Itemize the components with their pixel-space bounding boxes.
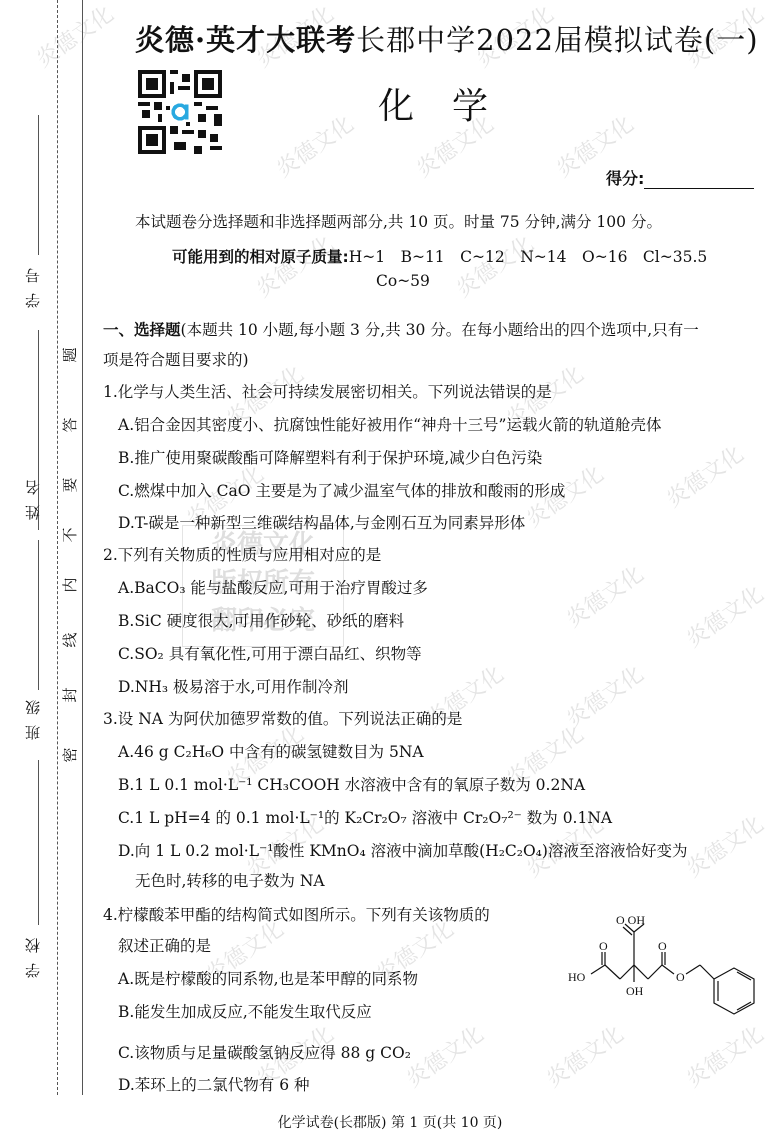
student-id-blank[interactable] (38, 115, 39, 255)
exam-title: 炎德·英才大联考长郡中学2022届模拟试卷(一) (135, 18, 759, 59)
school-blank[interactable] (38, 760, 39, 925)
margin-line (82, 0, 83, 1095)
svg-text:O: O (676, 970, 685, 984)
watermark: 炎德文化 (559, 558, 649, 634)
watermark: 炎德文化 (679, 578, 769, 654)
seal-char: 不 (60, 510, 80, 560)
seal-char: 答 (60, 400, 80, 450)
student-id-label: 学号 (22, 258, 43, 308)
option: B.1 L 0.1 mol·L⁻¹ CH₃COOH 水溶液中含有的氧原子数为 0… (118, 773, 585, 795)
binding-margin: 学号 姓名 班级 学校 密 封 线 内 不 要 答 题 (0, 0, 110, 1148)
subject-title: 化学 (378, 78, 526, 129)
option: C.该物质与足量碳酸氢钠反应得 88 g CO₂ (118, 1041, 411, 1063)
dotted-cut-line (57, 0, 58, 1095)
option: B.SiC 硬度很大,可用作砂轮、砂纸的磨料 (118, 609, 404, 631)
question-stem: 2.下列有关物质的性质与应用相对应的是 (103, 543, 381, 565)
seal-char: 要 (60, 460, 80, 510)
name-label: 姓名 (22, 470, 43, 520)
school-label: 学校 (22, 928, 43, 978)
option: D.T-碳是一种新型三维碳结构晶体,与金刚石互为同素异形体 (118, 511, 525, 533)
watermark: 炎德文化 (659, 438, 749, 514)
exam-instructions: 本试题卷分选择题和非选择题两部分,共 10 页。时量 75 分钟,满分 100 … (135, 210, 662, 232)
question-stem: 3.设 NA 为阿伏加德罗常数的值。下列说法正确的是 (103, 707, 462, 729)
score-blank[interactable] (644, 172, 754, 189)
option: C.燃煤中加入 CaO 主要是为了减少温室气体的排放和酸雨的形成 (118, 479, 565, 501)
structure-diagram: O OH O HO OH O O (558, 902, 768, 1032)
watermark: 炎德文化 (559, 658, 649, 734)
svg-text:HO: HO (568, 970, 586, 984)
atomic-masses-cont: Co~59 (376, 272, 430, 290)
option: D.NH₃ 极易溶于水,可用作制冷剂 (118, 675, 348, 697)
class-label: 班级 (22, 690, 43, 740)
option-cont: 无色时,转移的电子数为 NA (135, 869, 325, 891)
watermark: 炎德文化 (679, 808, 769, 884)
option: B.能发生加成反应,不能发生取代反应 (118, 1000, 372, 1022)
watermark: 炎德文化 (269, 108, 359, 184)
option: D.向 1 L 0.2 mol·L⁻¹酸性 KMnO₄ 溶液中滴加草酸(H₂C₂… (118, 839, 687, 861)
option: B.推广使用聚碳酸酯可降解塑料有利于保护环境,减少白色污染 (118, 446, 542, 468)
question-stem: 4.柠檬酸苯甲酯的结构简式如图所示。下列有关该物质的 (103, 903, 490, 925)
page-footer: 化学试卷(长郡版) 第 1 页(共 10 页) (0, 1112, 780, 1132)
section-desc: 项是符合题目要求的) (103, 348, 249, 370)
qr-code-icon[interactable] (138, 70, 222, 154)
section-heading: 一、选择题(本题共 10 小题,每小题 3 分,共 30 分。在每小题给出的四个… (103, 318, 699, 340)
option: D.苯环上的二氯代物有 6 种 (118, 1073, 310, 1095)
option: A.BaCO₃ 能与盐酸反应,可用于治疗胃酸过多 (118, 576, 428, 598)
score-field: 得分: (606, 166, 754, 189)
svg-text:O: O (599, 939, 608, 953)
watermark: 炎德文化 (399, 1018, 489, 1094)
class-blank[interactable] (38, 540, 39, 690)
seal-char: 线 (60, 615, 80, 665)
svg-text:OH: OH (626, 984, 644, 998)
option: A.46 g C₂H₆O 中含有的碳氢键数目为 5NA (118, 740, 424, 762)
option: A.既是柠檬酸的同系物,也是苯甲醇的同系物 (118, 967, 418, 989)
benzyl-citrate-structure: O OH O HO OH O O (558, 902, 768, 1032)
question-stem: 1.化学与人类生活、社会可持续发展密切相关。下列说法错误的是 (103, 380, 552, 402)
svg-text:O OH: O OH (616, 913, 645, 927)
seal-char: 密 (60, 730, 80, 780)
seal-char: 内 (60, 560, 80, 610)
question-stem-cont: 叙述正确的是 (118, 934, 211, 956)
seal-char: 题 (60, 330, 80, 380)
option: A.铝合金因其密度小、抗腐蚀性能好被用作“神舟十三号”运载火箭的轨道舱壳体 (118, 413, 661, 435)
atomic-masses: 可能用到的相对原子质量:H~1 B~11 C~12 N~14 O~16 Cl~3… (172, 245, 707, 267)
option: C.SO₂ 具有氧化性,可用于漂白品红、织物等 (118, 642, 422, 664)
option: C.1 L pH=4 的 0.1 mol·L⁻¹的 K₂Cr₂O₇ 溶液中 Cr… (118, 806, 612, 828)
seal-char: 封 (60, 670, 80, 720)
svg-text:O: O (658, 939, 667, 953)
